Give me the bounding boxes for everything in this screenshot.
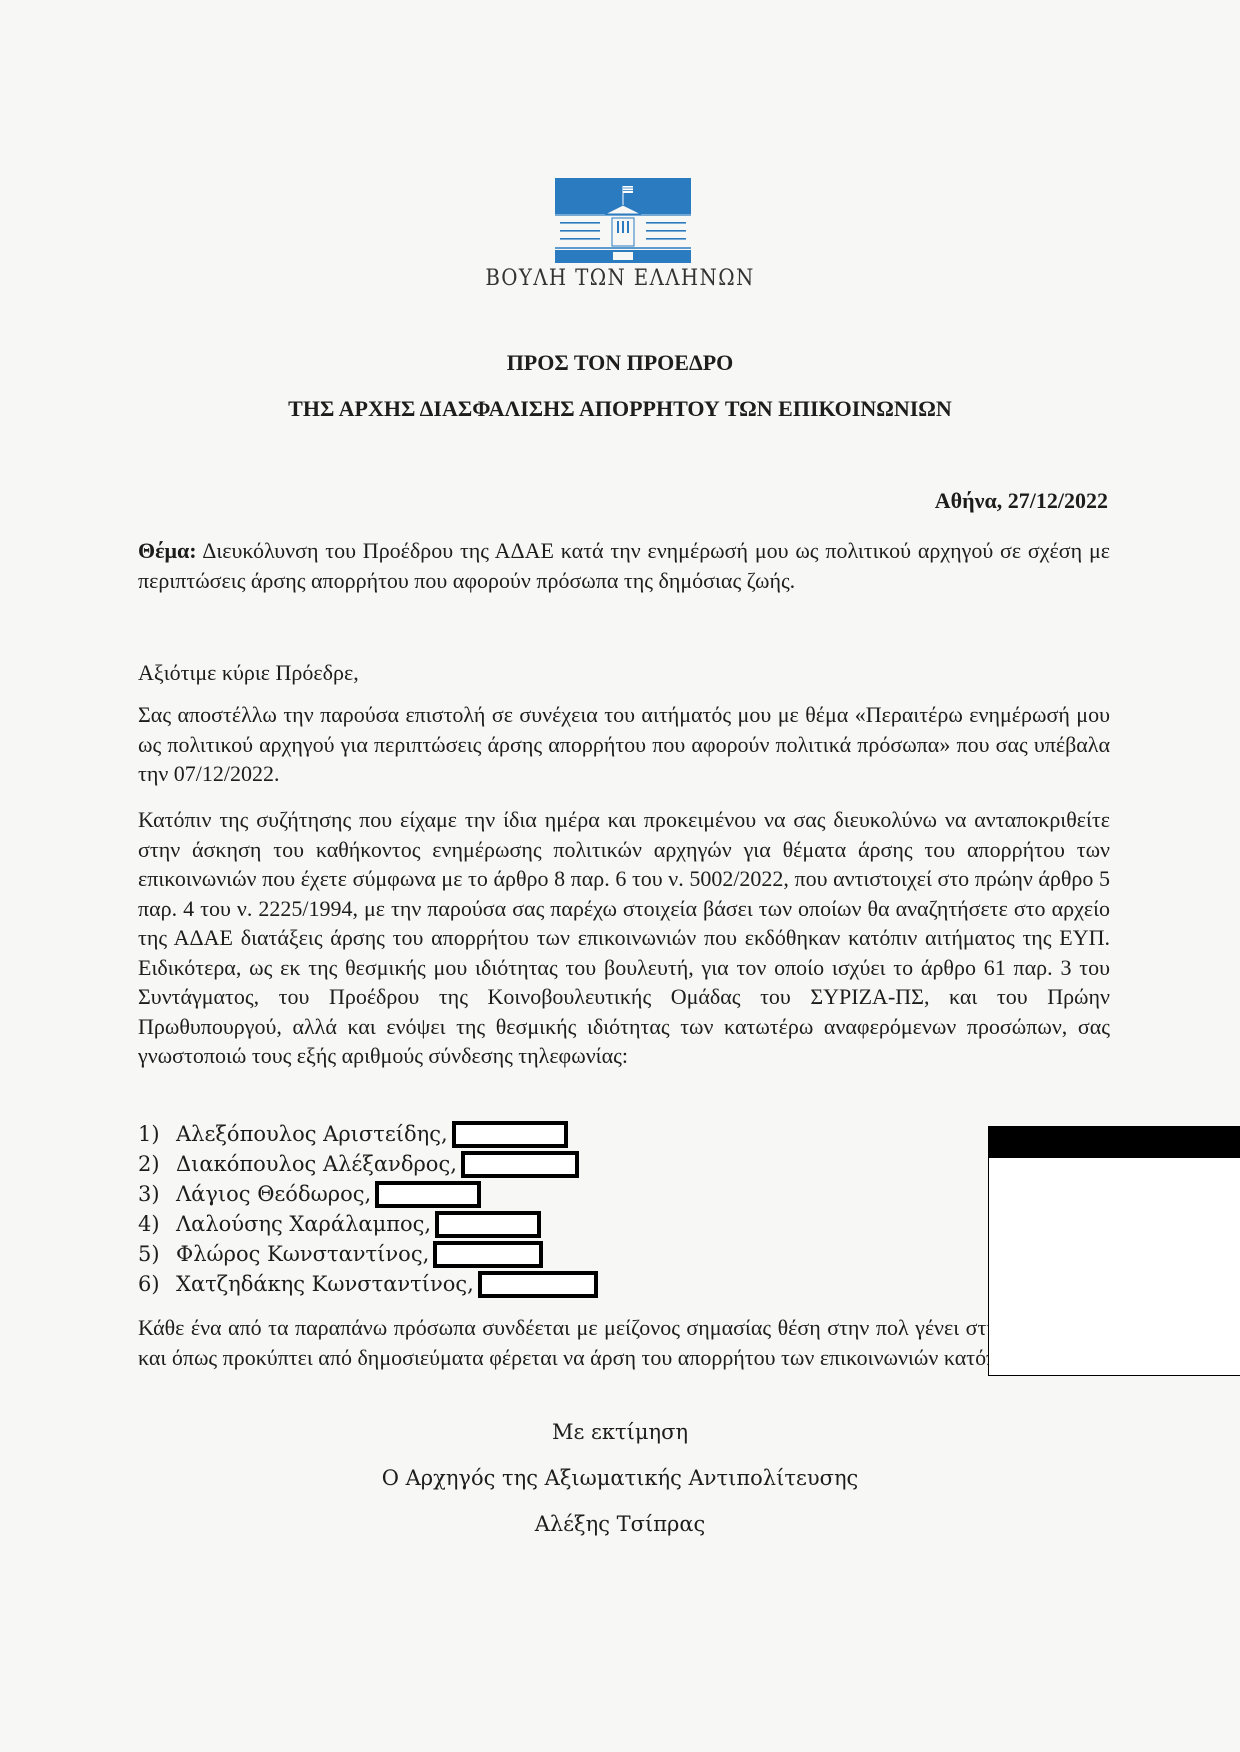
letter-date: Αθήνα, 27/12/2022 xyxy=(935,488,1108,514)
redacted-phone xyxy=(452,1121,568,1148)
list-item: 3)Λάγιος Θεόδωρος, xyxy=(138,1179,598,1209)
list-item: 6)Χατζηδάκης Κωνσταντίνος, xyxy=(138,1269,598,1299)
list-item: 1)Αλεξόπουλος Αριστείδης, xyxy=(138,1119,598,1149)
person-name: Φλώρος Κωνσταντίνος, xyxy=(176,1239,429,1269)
redacted-phone xyxy=(433,1241,543,1268)
redaction-box xyxy=(988,1126,1240,1376)
paragraph-2: Κατόπιν της συζήτησης που είχαμε την ίδι… xyxy=(138,805,1110,1071)
person-name: Αλεξόπουλος Αριστείδης, xyxy=(176,1119,448,1149)
closing-salutation: Με εκτίμηση xyxy=(0,1420,1240,1444)
person-name: Διακόπουλος Αλέξανδρος, xyxy=(176,1149,457,1179)
redacted-phone xyxy=(435,1211,541,1238)
list-item: 2)Διακόπουλος Αλέξανδρος, xyxy=(138,1149,598,1179)
signatory-name: Αλέξης Τσίπρας xyxy=(0,1512,1240,1536)
persons-list: 1)Αλεξόπουλος Αριστείδης, 2)Διακόπουλος … xyxy=(138,1119,598,1299)
list-item: 5)Φλώρος Κωνσταντίνος, xyxy=(138,1239,598,1269)
recipient-line-2: ΤΗΣ ΑΡΧΗΣ ΔΙΑΣΦΑΛΙΣΗΣ ΑΠΟΡΡΗΤΟΥ ΤΩΝ ΕΠΙΚ… xyxy=(0,396,1240,422)
subject-line: Θέμα: Διευκόλυνση του Προέδρου της ΑΔΑΕ … xyxy=(138,536,1110,595)
redaction-bar xyxy=(989,1127,1240,1158)
greeting: Αξιότιμε κύριε Πρόεδρε, xyxy=(138,658,1110,688)
subject-text: Διευκόλυνση του Προέδρου της ΑΔΑΕ κατά τ… xyxy=(138,538,1110,593)
person-name: Λάγιος Θεόδωρος, xyxy=(176,1179,371,1209)
parliament-logo-icon xyxy=(555,178,691,263)
redacted-phone xyxy=(478,1271,598,1298)
recipient-line-1: ΠΡΟΣ ΤΟΝ ΠΡΟΕΔΡΟ xyxy=(0,350,1240,376)
letterhead-title: ΒΟΥΛΗ ΤΩΝ ΕΛΛΗΝΩΝ xyxy=(62,266,1178,291)
paragraph-1: Σας αποστέλλω την παρούσα επιστολή σε συ… xyxy=(138,700,1110,789)
redacted-phone xyxy=(461,1151,579,1178)
redacted-phone xyxy=(375,1181,481,1208)
subject-label: Θέμα: xyxy=(138,538,197,563)
list-item: 4)Λαλούσης Χαράλαμπος, xyxy=(138,1209,598,1239)
person-name: Λαλούσης Χαράλαμπος, xyxy=(176,1209,431,1239)
signatory-title: Ο Αρχηγός της Αξιωματικής Αντιπολίτευσης xyxy=(0,1466,1240,1490)
person-name: Χατζηδάκης Κωνσταντίνος, xyxy=(176,1269,474,1299)
